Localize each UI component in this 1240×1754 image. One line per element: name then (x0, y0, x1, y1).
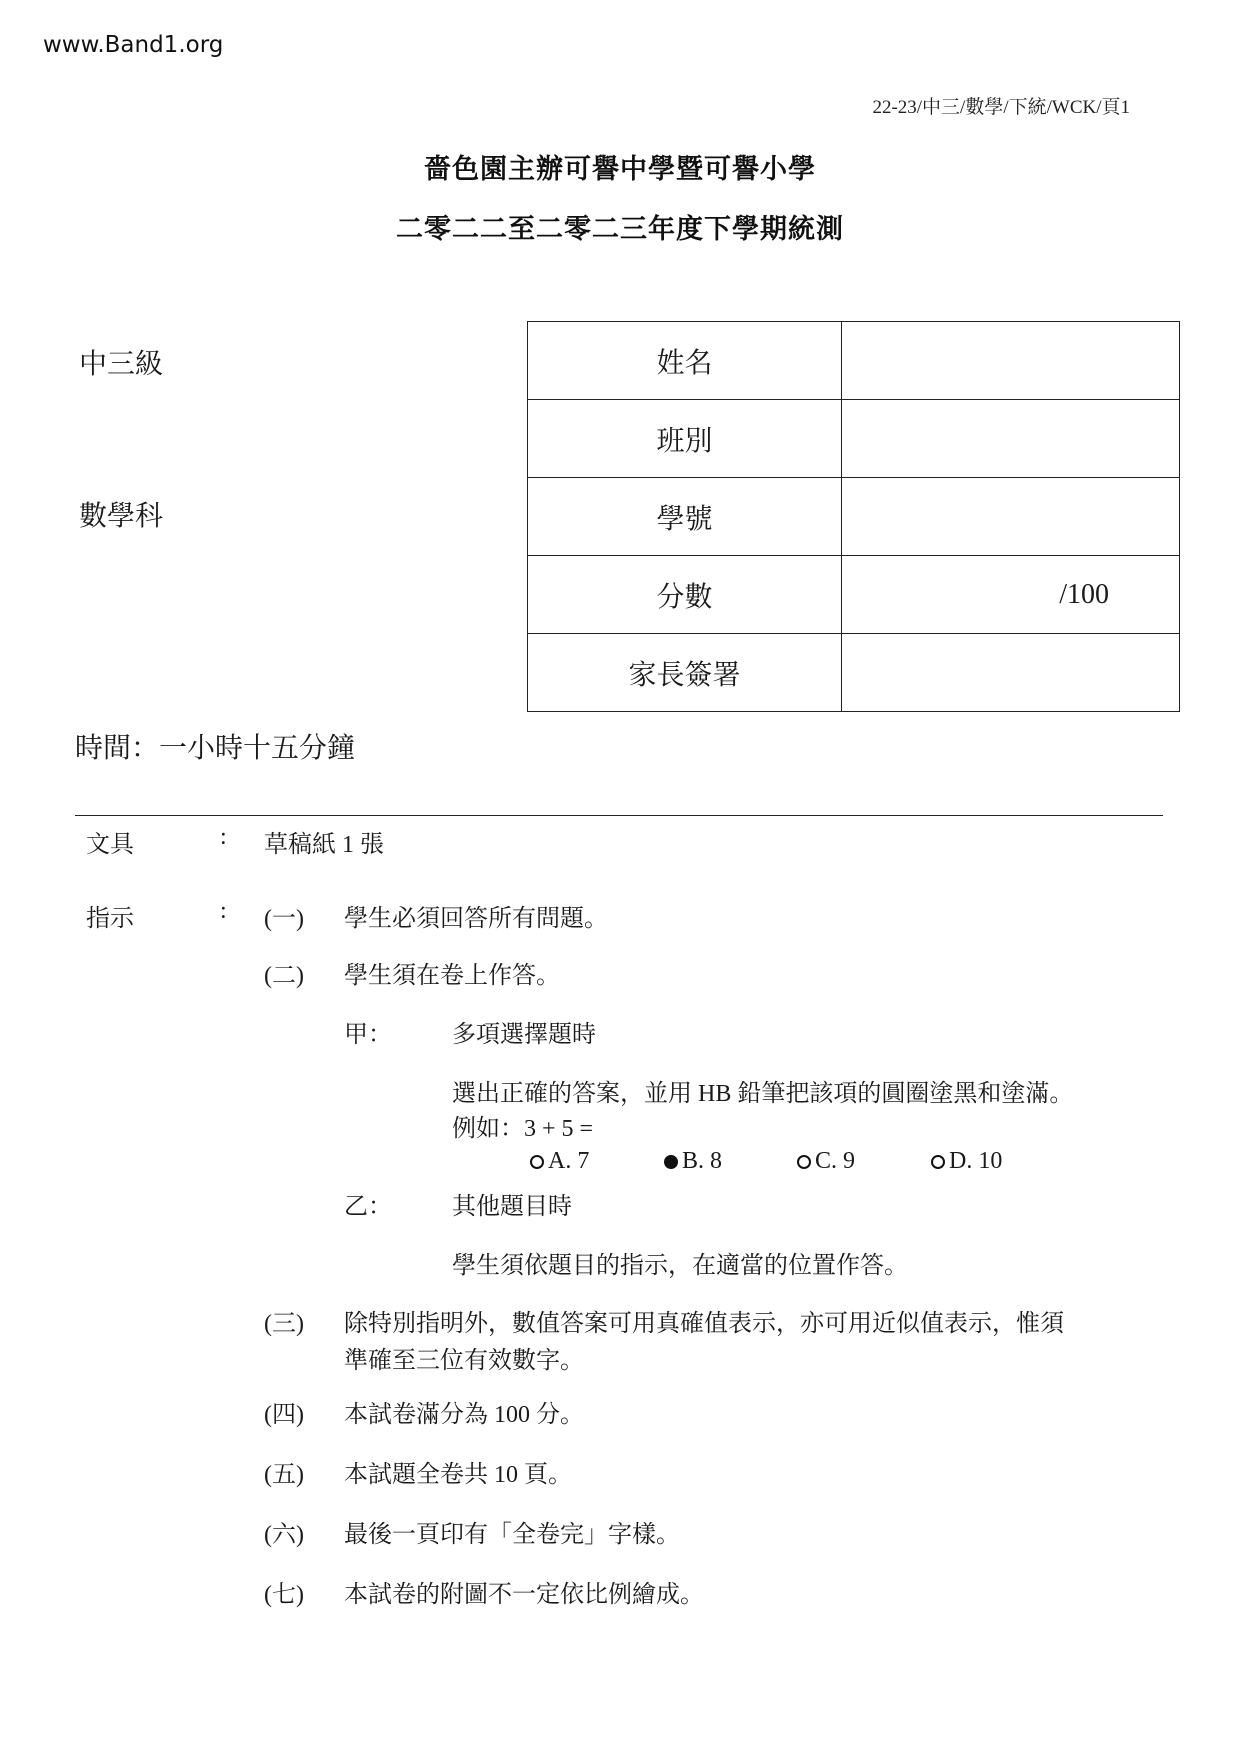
name-field[interactable] (842, 322, 1180, 400)
instruction-number: (七) (264, 1574, 304, 1609)
class-field[interactable] (842, 400, 1180, 478)
sub-b-heading: 其他題目時 (452, 1186, 572, 1221)
option-b[interactable]: B. 8 (664, 1148, 722, 1175)
filled-circle-icon (664, 1155, 678, 1169)
table-row: 學號 (528, 478, 1180, 556)
example-question: 例如：3 + 5 = (452, 1108, 593, 1143)
instruction-text: 最後一頁印有「全卷完」字樣。 (344, 1514, 680, 1549)
paper-code: 22-23/中三/數學/下統/WCK/頁1 (872, 92, 1130, 119)
table-row: 班別 (528, 400, 1180, 478)
instruction-text: 學生必須回答所有問題。 (344, 898, 608, 933)
score-label: 分數 (528, 556, 842, 634)
subject-label: 數學科 (79, 494, 163, 534)
class-label: 班別 (528, 400, 842, 478)
exam-duration: 時間：一小時十五分鐘 (75, 726, 355, 766)
empty-circle-icon (530, 1155, 544, 1169)
stationery-label: 文具 (86, 824, 134, 859)
watermark: www.Band1.org (43, 32, 223, 58)
exam-title: 二零二二至二零二三年度下學期統測 (0, 207, 1240, 246)
student-number-field[interactable] (842, 478, 1180, 556)
option-d[interactable]: D. 10 (931, 1148, 1002, 1175)
empty-circle-icon (797, 1155, 811, 1169)
instruction-text-continued: 準確至三位有效數字。 (344, 1340, 584, 1375)
instruction-number: (一) (264, 898, 304, 933)
stationery-colon: : (220, 824, 227, 851)
school-name: 嗇色園主辦可譽中學暨可譽小學 (0, 147, 1240, 186)
instruction-text: 本試題全卷共 10 頁。 (344, 1454, 572, 1489)
sub-a-text: 選出正確的答案，並用 HB 鉛筆把該項的圓圈塗黑和塗滿。 (452, 1073, 1073, 1108)
student-info-table: 姓名 班別 學號 分數 /100 家長簽署 (527, 321, 1180, 712)
instruction-number: (二) (264, 955, 304, 990)
table-row: 家長簽署 (528, 634, 1180, 712)
stationery-value: 草稿紙 1 張 (264, 824, 384, 859)
divider (75, 815, 1163, 816)
sub-b-label: 乙： (344, 1186, 392, 1221)
parent-signature-field[interactable] (842, 634, 1180, 712)
instruction-text: 學生須在卷上作答。 (344, 955, 560, 990)
instruction-number: (三) (264, 1303, 304, 1338)
table-row: 姓名 (528, 322, 1180, 400)
sub-b-text: 學生須依題目的指示，在適當的位置作答。 (452, 1245, 908, 1280)
grade-label: 中三級 (79, 342, 163, 382)
score-field[interactable]: /100 (842, 556, 1180, 634)
instructions-colon: : (220, 898, 227, 925)
sub-a-heading: 多項選擇題時 (452, 1014, 596, 1049)
parent-signature-label: 家長簽署 (528, 634, 842, 712)
option-a[interactable]: A. 7 (530, 1148, 589, 1175)
empty-circle-icon (931, 1155, 945, 1169)
student-number-label: 學號 (528, 478, 842, 556)
sub-a-label: 甲： (344, 1014, 392, 1049)
instruction-number: (五) (264, 1454, 304, 1489)
instruction-number: (六) (264, 1514, 304, 1549)
instruction-number: (四) (264, 1394, 304, 1429)
name-label: 姓名 (528, 322, 842, 400)
table-row: 分數 /100 (528, 556, 1180, 634)
instructions-label: 指示 (86, 898, 134, 933)
option-c[interactable]: C. 9 (797, 1148, 855, 1175)
instruction-text: 除特別指明外，數值答案可用真確值表示，亦可用近似值表示，惟須 (344, 1303, 1064, 1338)
instruction-text: 本試卷的附圖不一定依比例繪成。 (344, 1574, 704, 1609)
instruction-text: 本試卷滿分為 100 分。 (344, 1394, 584, 1429)
